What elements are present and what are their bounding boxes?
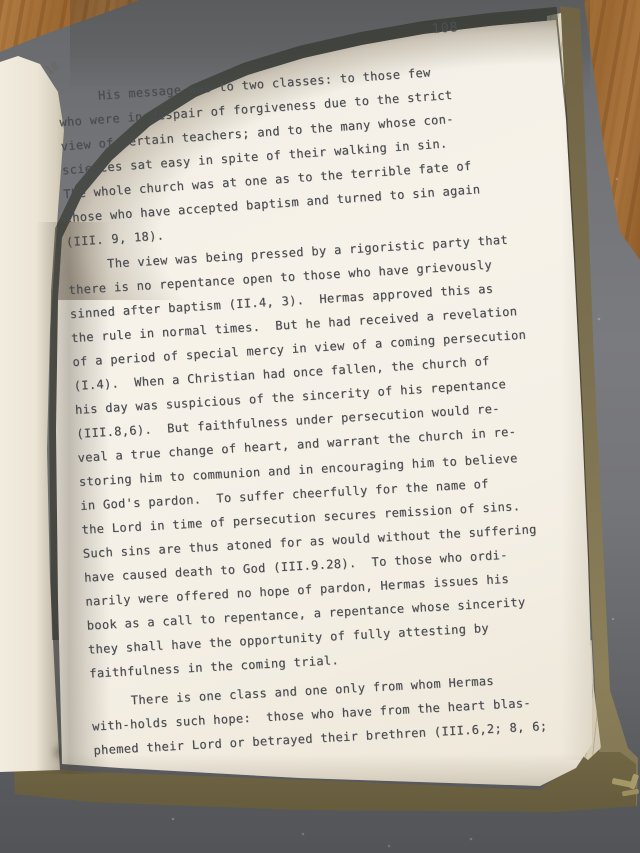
typewritten-text: His message was to two classes: to those… — [58, 60, 586, 763]
page-number: 108 — [432, 20, 459, 37]
